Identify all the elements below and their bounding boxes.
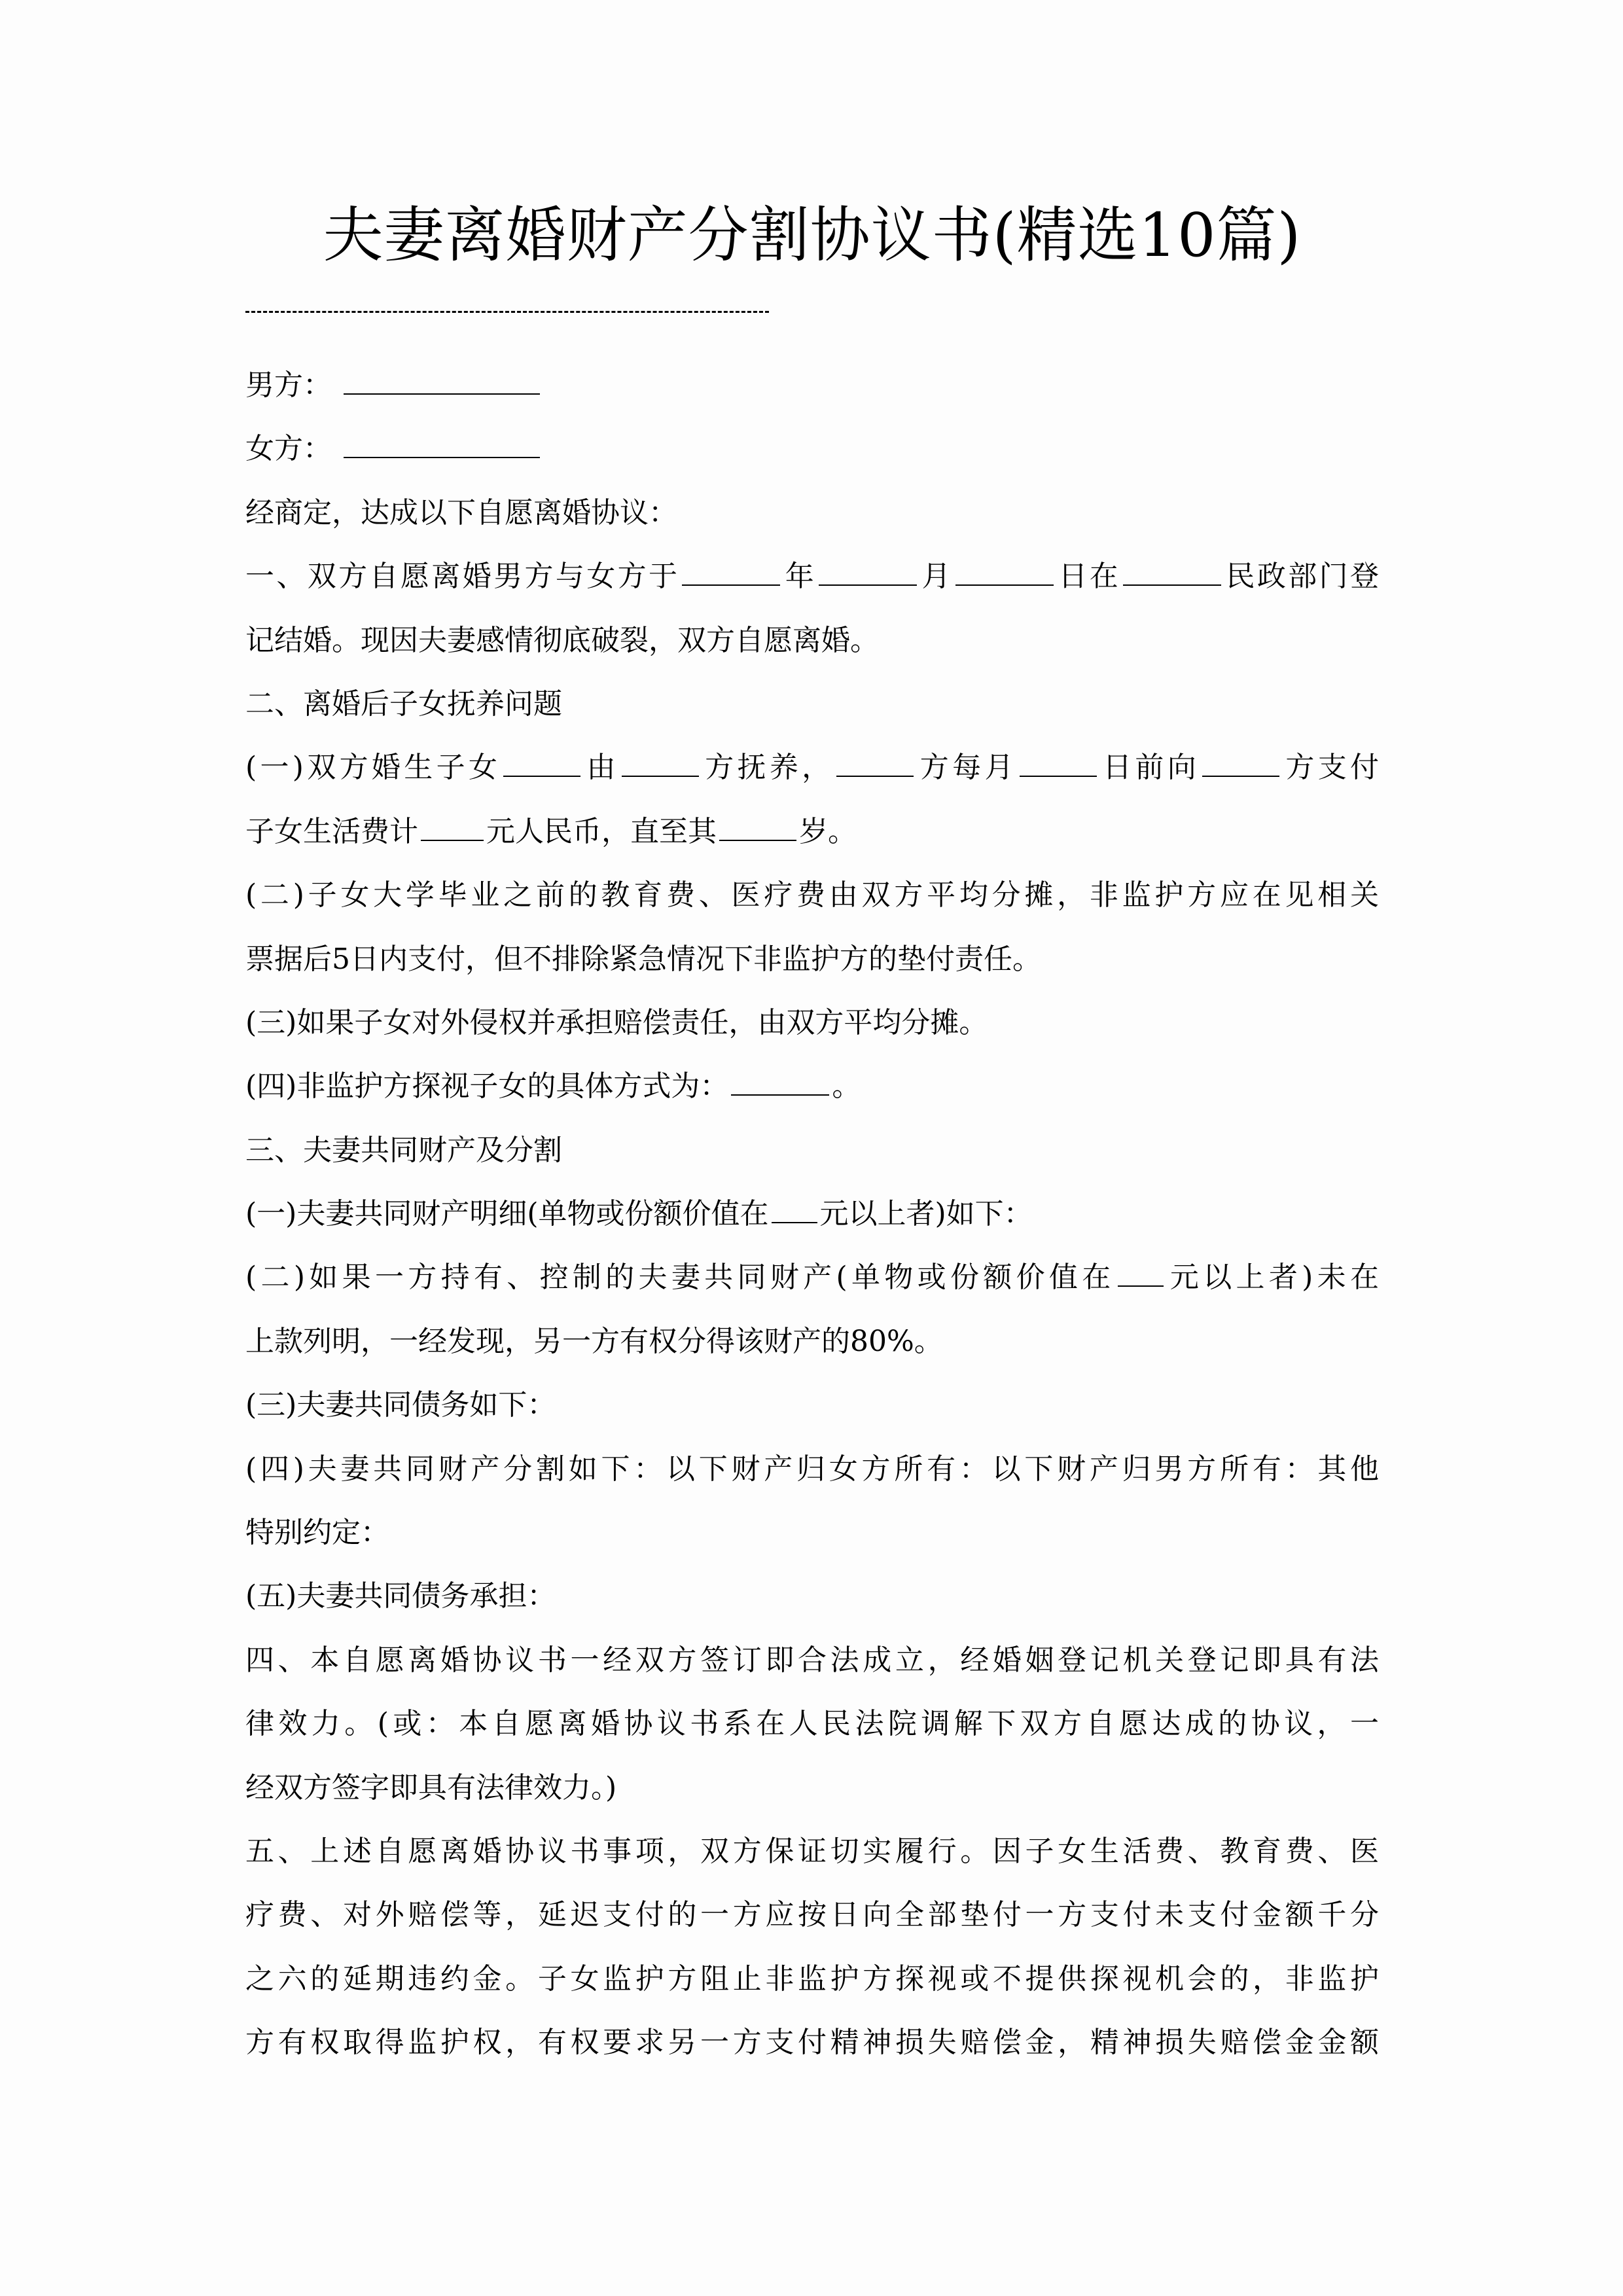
section3-item5: (五)夫妻共同债务承担： <box>245 1564 1379 1628</box>
section4-line2: 律效力。(或：本自愿离婚协议书系在人民法院调解下双方自愿达成的协议，一 <box>245 1692 1379 1755</box>
section5-line1: 五、上述自愿离婚协议书事项，双方保证切实履行。因子女生活费、教育费、医 <box>245 1820 1379 1883</box>
document-title: 夫妻离婚财产分割协议书(精选10篇) <box>245 196 1379 275</box>
text-fragment: (一)双方婚生子女 <box>245 751 501 784</box>
female-party-blank <box>344 431 540 458</box>
section3-item4-line2: 特别约定： <box>245 1501 1379 1564</box>
female-party-line: 女方： <box>245 417 1379 480</box>
male-party-label: 男方： <box>245 368 332 402</box>
text-fragment: (一)夫妻共同财产明细(单物或份额价值在 <box>245 1197 769 1230</box>
section2-item2-line2: 票据后5日内支付，但不排除紧急情况下非监护方的垫付责任。 <box>245 927 1379 991</box>
text-fragment: 年 <box>783 560 816 593</box>
text-fragment: 元人民币，直至其 <box>486 815 717 848</box>
text-fragment: 日在 <box>1056 560 1120 593</box>
section2-item4: (四)非监护方探视子女的具体方式为：。 <box>245 1054 1379 1118</box>
text-fragment: 方抚养， <box>702 751 834 784</box>
text-fragment: 日前向 <box>1099 751 1200 784</box>
text-fragment: 方支付 <box>1282 751 1379 784</box>
section1-line2: 记结婚。现因夫妻感情彻底破裂，双方自愿离婚。 <box>245 609 1379 672</box>
intro-line: 经商定，达成以下自愿离婚协议： <box>245 481 1379 545</box>
value-threshold-blank-2 <box>1118 1259 1164 1287</box>
custodian-blank <box>622 749 699 777</box>
year-blank <box>682 558 780 586</box>
section3-item4-line1: (四)夫妻共同财产分割如下：以下财产归女方所有：以下财产归男方所有：其他 <box>245 1437 1379 1501</box>
section1-line1: 一、双方自愿离婚男方与女方于年月日在民政部门登 <box>245 545 1379 608</box>
text-fragment: 元以上者)如下： <box>820 1197 1033 1230</box>
text-fragment: (二)如果一方持有、控制的夫妻共同财产(单物或份额价值在 <box>245 1261 1115 1294</box>
female-party-label: 女方： <box>245 432 332 465</box>
text-fragment: 。 <box>832 1069 861 1103</box>
section5-line2: 疗费、对外赔偿等，延迟支付的一方应按日向全部垫付一方支付未支付金额千分 <box>245 1883 1379 1946</box>
text-fragment: 方每月 <box>916 751 1016 784</box>
text-fragment: 月 <box>919 560 953 593</box>
section5-line4: 方有权取得监护权，有权要求另一方支付精神损失赔偿金，精神损失赔偿金金额 <box>245 2011 1379 2074</box>
child-blank <box>503 749 580 777</box>
section2-item3: (三)如果子女对外侵权并承担赔偿责任，由双方平均分摊。 <box>245 991 1379 1054</box>
amount-blank <box>421 814 484 841</box>
registry-blank <box>1123 558 1221 586</box>
visitation-blank <box>731 1068 829 1096</box>
text-fragment: 元以上者)未在 <box>1166 1261 1379 1294</box>
section4-line1: 四、本自愿离婚协议书一经双方签订即合法成立，经婚姻登记机关登记即具有法 <box>245 1628 1379 1692</box>
payee-blank <box>1202 749 1279 777</box>
section3-item1: (一)夫妻共同财产明细(单物或份额价值在元以上者)如下： <box>245 1182 1379 1246</box>
month-blank <box>819 558 917 586</box>
male-party-line: 男方： <box>245 353 1379 417</box>
age-blank <box>719 814 796 841</box>
section3-heading: 三、夫妻共同财产及分割 <box>245 1119 1379 1182</box>
section5-line3: 之六的延期违约金。子女监护方阻止非监护方探视或不提供探视机会的，非监护 <box>245 1947 1379 2011</box>
title-divider <box>245 311 769 313</box>
section3-item3: (三)夫妻共同债务如下： <box>245 1373 1379 1437</box>
section2-item1-line1: (一)双方婚生子女由方抚养，方每月日前向方支付 <box>245 736 1379 799</box>
section3-item2-line1: (二)如果一方持有、控制的夫妻共同财产(单物或份额价值在元以上者)未在 <box>245 1246 1379 1309</box>
payer-blank <box>836 749 914 777</box>
pay-day-blank <box>1020 749 1097 777</box>
text-fragment: 一、双方自愿离婚男方与女方于 <box>245 560 679 593</box>
male-party-blank <box>344 367 540 395</box>
section4-line3: 经双方签字即具有法律效力。) <box>245 1756 1379 1820</box>
text-fragment: (四)非监护方探视子女的具体方式为： <box>245 1069 728 1103</box>
text-fragment: 子女生活费计 <box>245 815 418 848</box>
value-threshold-blank <box>772 1196 817 1223</box>
day-blank <box>955 558 1054 586</box>
section2-item1-line2: 子女生活费计元人民币，直至其岁。 <box>245 800 1379 863</box>
document-body: 男方： 女方： 经商定，达成以下自愿离婚协议： 一、双方自愿离婚男方与女方于年月… <box>245 353 1379 2075</box>
text-fragment: 由 <box>583 751 619 784</box>
section2-heading: 二、离婚后子女抚养问题 <box>245 672 1379 736</box>
text-fragment: 岁。 <box>799 815 857 848</box>
section2-item2-line1: (二)子女大学毕业之前的教育费、医疗费由双方平均分摊，非监护方应在见相关 <box>245 863 1379 927</box>
text-fragment: 民政部门登 <box>1224 560 1379 593</box>
section3-item2-line2: 上款列明，一经发现，另一方有权分得该财产的80%。 <box>245 1310 1379 1373</box>
